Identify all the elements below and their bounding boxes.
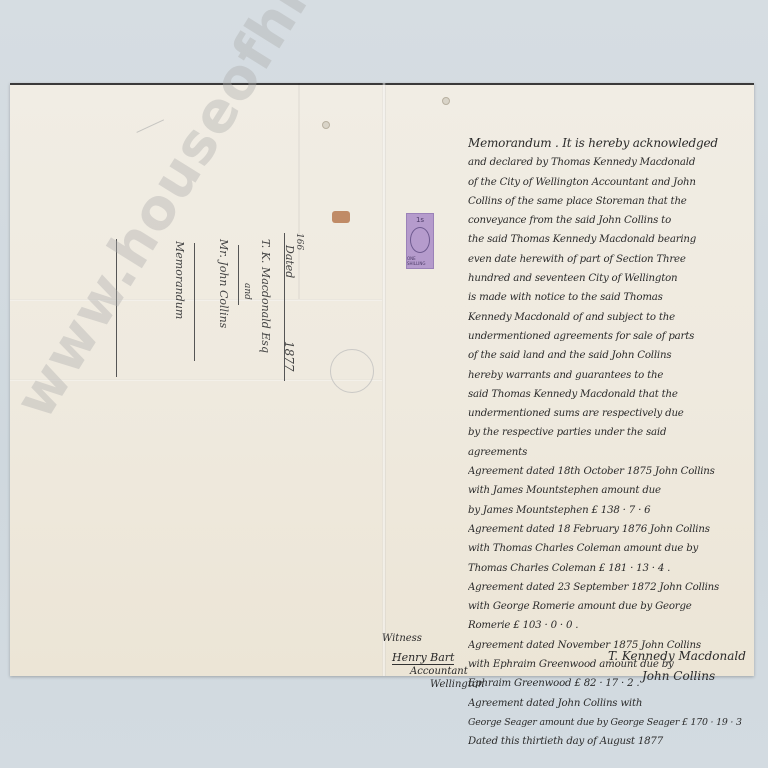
docket-rule [194,243,195,361]
revenue-stamp: 1s ONE SHILLING [406,213,434,269]
docket-and-label: and [242,283,252,300]
memo-line: hundred and seventeen City of Wellington [468,269,758,288]
docket-rule [238,245,239,305]
memo-line: with James Mountstephen amount due [468,481,758,500]
punch-hole-left [322,121,330,129]
document-sheet: 166 Dated 1877 T. K. Macdonald Esq and M… [10,83,754,676]
memo-line: Thomas Charles Coleman £ 181 · 13 · 4 . [468,559,758,578]
memo-line: is made with notice to the said Thomas [468,288,758,307]
memo-line: said Thomas Kennedy Macdonald that the [468,385,758,404]
memo-line: by the respective parties under the said [468,423,758,442]
memo-line: with George Romerie amount due by George [468,597,758,616]
docket-year: 1877 [282,341,296,372]
memo-dated-line: Dated this thirtieth day of August 1877 [468,732,758,751]
memo-line: conveyance from the said John Collins to [468,211,758,230]
memo-line: of the City of Wellington Accountant and… [468,173,758,192]
stamp-emblem-icon [410,227,430,253]
memo-line: even date herewith of part of Section Th… [468,250,758,269]
memo-line: with Thomas Charles Coleman amount due b… [468,539,758,558]
rust-stain [332,211,350,223]
memo-line: of the said land and the said John Colli… [468,346,758,365]
stamp-denomination: 1s [416,216,424,224]
witness-title: Accountant [410,666,468,677]
memo-line: agreements [468,443,758,462]
docket-party-2: Mr. John Collins [217,239,230,328]
signature-collins: John Collins [642,669,715,683]
memo-line: Memorandum . It is hereby acknowledged [468,134,758,153]
memo-line: Romerie £ 103 · 0 · 0 . [468,616,758,635]
witness-place: Wellington [430,679,484,690]
stamp-label: ONE SHILLING [407,256,433,266]
left-fold-crease [298,83,300,299]
witness-label: Witness [382,633,422,644]
memo-line: George Seager amount due by George Seage… [468,713,758,732]
memo-line: Agreement dated 23 September 1872 John C… [468,578,758,597]
docket-party-1: T. K. Macdonald Esq [259,239,272,353]
memo-line: undermentioned sums are respectively due [468,404,758,423]
center-fold [382,83,386,676]
memo-line: by James Mountstephen £ 138 · 7 · 6 [468,501,758,520]
docket-title: Memorandum [173,241,186,319]
memo-line: Collins of the same place Storeman that … [468,192,758,211]
memo-line: undermentioned agreements for sale of pa… [468,327,758,346]
postmark-stamp [330,349,374,393]
memo-line: Agreement dated 18th October 1875 John C… [468,462,758,481]
memo-line: and declared by Thomas Kennedy Macdonald [468,153,758,172]
memo-line: Agreement dated John Collins with [468,694,758,713]
witness-signature: Henry Bart [392,651,454,665]
memo-line: hereby warrants and guarantees to the [468,366,758,385]
signature-macdonald: T. Kennedy Macdonald [608,649,746,663]
memo-line: Kennedy Macdonald of and subject to the [468,308,758,327]
punch-hole-right [442,97,450,105]
memo-line: Agreement dated 18 February 1876 John Co… [468,520,758,539]
docket-dated-label: Dated [283,245,296,278]
memo-line: the said Thomas Kennedy Macdonald bearin… [468,230,758,249]
